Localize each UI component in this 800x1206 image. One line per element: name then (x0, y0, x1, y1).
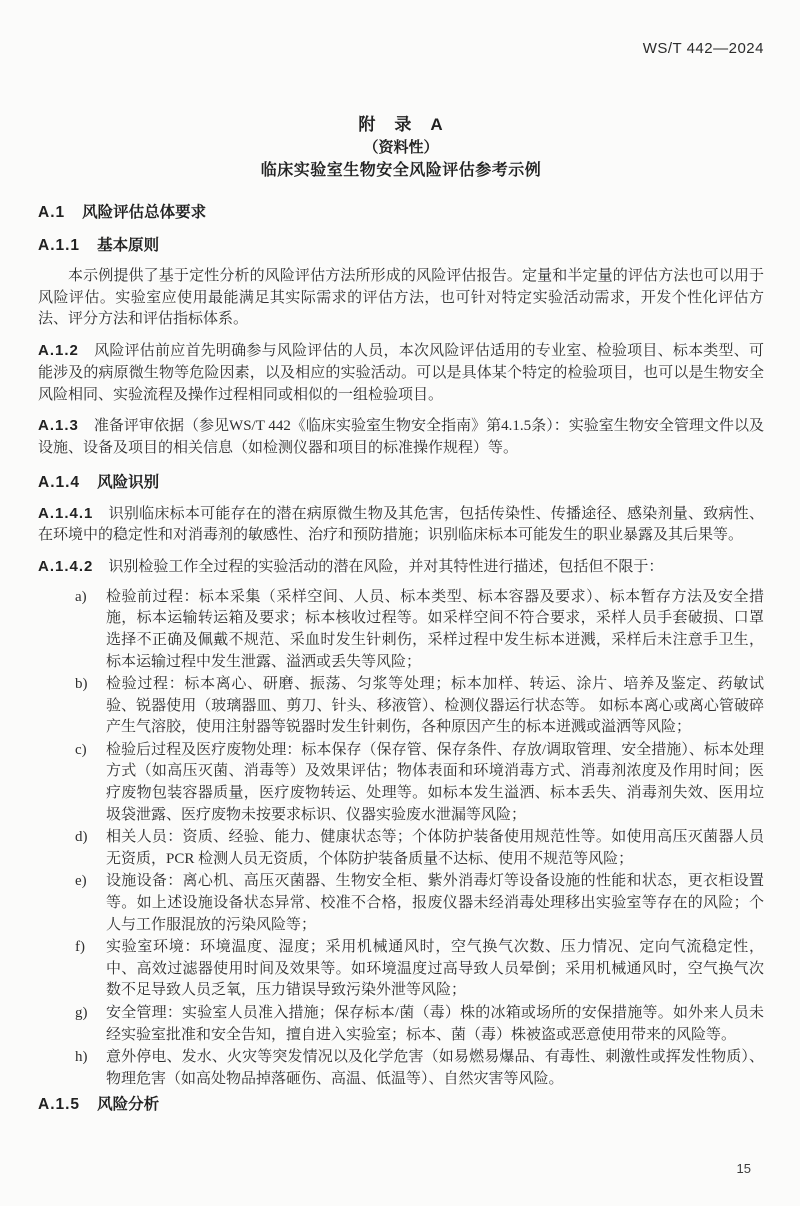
heading-a1: A.1风险评估总体要求 (38, 202, 764, 224)
list-item: c) 检验后过程及医疗废物处理：标本保存（保存管、保存条件、存放/调取管理、安全… (75, 740, 764, 826)
paragraph-a1-1-body: 本示例提供了基于定性分析的风险评估方法所形成的风险评估报告。定量和半定量的评估方… (38, 266, 764, 331)
list-item: b) 检验过程：标本离心、研磨、振荡、匀浆等处理；标本加样、转运、涂片、培养及鉴… (75, 674, 764, 739)
list-item-text: 相关人员：资质、经验、能力、健康状态等；个体防护装备使用规范性等。如使用高压灭菌… (106, 827, 764, 870)
clause-a1-4-1-number: A.1.4.1 (38, 505, 93, 522)
heading-a1-1: A.1.1基本原则 (38, 235, 764, 257)
clause-a1-3-body: 准备评审依据（参见WS/T 442《临床实验室生物安全指南》第4.1.5条）：实… (38, 418, 764, 456)
document-page: WS/T 442—2024 附 录 A （资料性） 临床实验室生物安全风险评估参… (0, 0, 800, 1206)
clause-a1-4-2-number: A.1.4.2 (38, 558, 93, 575)
heading-a1-4: A.1.4风险识别 (38, 472, 764, 494)
list-item-text: 检验后过程及医疗废物处理：标本保存（保存管、保存条件、存放/调取管理、安全措施）… (106, 740, 764, 826)
standard-number: WS/T 442—2024 (38, 40, 764, 60)
paragraph-a1-2: A.1.2风险评估前应首先明确参与风险评估的人员，本次风险评估适用的专业室、检验… (38, 340, 764, 406)
list-item-text: 意外停电、发水、火灾等突发情况以及化学危害（如易燃易爆品、有毒性、刺激性或挥发性… (106, 1047, 764, 1090)
risk-identification-list: a) 检验前过程：标本采集（采样空间、人员、标本类型、标本容器及要求）、标本暂存… (38, 587, 764, 1091)
page-number: 15 (737, 1161, 751, 1176)
list-item-label: h) (75, 1047, 106, 1090)
list-item-label: e) (75, 871, 106, 936)
clause-a1-4-1-body: 识别临床标本可能存在的潜在病原微生物及其危害，包括传染性、传播途径、感染剂量、致… (38, 506, 764, 544)
heading-a1-5: A.1.5风险分析 (38, 1094, 764, 1116)
list-item: d) 相关人员：资质、经验、能力、健康状态等；个体防护装备使用规范性等。如使用高… (75, 827, 764, 870)
list-item-text: 检验前过程：标本采集（采样空间、人员、标本类型、标本容器及要求）、标本暂存方法及… (106, 587, 764, 673)
appendix-title: 临床实验室生物安全风险评估参考示例 (38, 160, 764, 182)
list-item: a) 检验前过程：标本采集（采样空间、人员、标本类型、标本容器及要求）、标本暂存… (75, 587, 764, 673)
heading-a1-number: A.1 (38, 204, 65, 221)
paragraph-a1-3: A.1.3准备评审依据（参见WS/T 442《临床实验室生物安全指南》第4.1.… (38, 415, 764, 459)
heading-a1-5-number: A.1.5 (38, 1096, 80, 1113)
heading-a1-text: 风险评估总体要求 (82, 204, 206, 221)
paragraph-a1-4-1: A.1.4.1识别临床标本可能存在的潜在病原微生物及其危害，包括传染性、传播途径… (38, 503, 764, 547)
paragraph-a1-4-2: A.1.4.2识别检验工作全过程的实验活动的潜在风险，并对其特性进行描述，包括但… (38, 556, 764, 579)
heading-a1-1-text: 基本原则 (97, 237, 159, 254)
clause-a1-2-number: A.1.2 (38, 342, 79, 359)
heading-a1-4-text: 风险识别 (97, 474, 159, 491)
clause-a1-2-body: 风险评估前应首先明确参与风险评估的人员，本次风险评估适用的专业室、检验项目、标本… (38, 343, 764, 402)
appendix-label: 附 录 A (38, 114, 764, 136)
clause-a1-3-number: A.1.3 (38, 417, 79, 434)
appendix-informative-label: （资料性） (38, 137, 764, 159)
heading-a1-1-number: A.1.1 (38, 237, 80, 254)
list-item-label: d) (75, 827, 106, 870)
list-item-text: 检验过程：标本离心、研磨、振荡、匀浆等处理；标本加样、转运、涂片、培养及鉴定、药… (106, 674, 764, 739)
appendix-title-block: 附 录 A （资料性） 临床实验室生物安全风险评估参考示例 (38, 114, 764, 182)
list-item: f) 实验室环境：环境温度、湿度；采用机械通风时，空气换气次数、压力情况、定向气… (75, 937, 764, 1002)
list-item-label: f) (75, 937, 106, 1002)
list-item-label: c) (75, 740, 106, 826)
list-item-text: 安全管理：实验室人员准入措施；保存标本/菌（毒）株的冰箱或场所的安保措施等。如外… (106, 1003, 764, 1046)
list-item-text: 设施设备：离心机、高压灭菌器、生物安全柜、紫外消毒灯等设备设施的性能和状态，更衣… (106, 871, 764, 936)
list-item-text: 实验室环境：环境温度、湿度；采用机械通风时，空气换气次数、压力情况、定向气流稳定… (106, 937, 764, 1002)
list-item-label: g) (75, 1003, 106, 1046)
list-item: e) 设施设备：离心机、高压灭菌器、生物安全柜、紫外消毒灯等设备设施的性能和状态… (75, 871, 764, 936)
list-item: g) 安全管理：实验室人员准入措施；保存标本/菌（毒）株的冰箱或场所的安保措施等… (75, 1003, 764, 1046)
list-item-label: a) (75, 587, 106, 673)
list-item-label: b) (75, 674, 106, 739)
clause-a1-4-2-body: 识别检验工作全过程的实验活动的潜在风险，并对其特性进行描述，包括但不限于： (108, 559, 663, 575)
heading-a1-4-number: A.1.4 (38, 474, 80, 491)
heading-a1-5-text: 风险分析 (97, 1096, 159, 1113)
list-item: h) 意外停电、发水、火灾等突发情况以及化学危害（如易燃易爆品、有毒性、刺激性或… (75, 1047, 764, 1090)
